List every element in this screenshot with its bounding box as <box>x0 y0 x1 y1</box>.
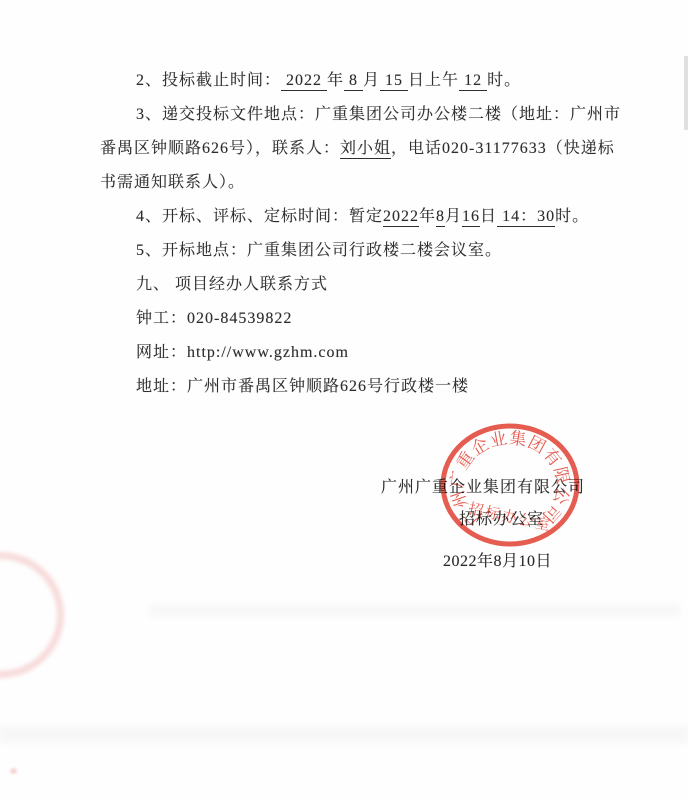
line-contact-phone: 钟工：020-84539822 <box>100 302 660 336</box>
text-segment: 网址：http://www.gzhm.com <box>136 344 349 361</box>
text-segment: 月 <box>445 208 462 225</box>
text-segment: 时。 <box>487 72 521 89</box>
underlined-time: 14：30 <box>497 208 555 227</box>
underlined-month: 8 <box>436 208 445 227</box>
line-submission-place-1: 3、递交投标文件地点：广重集团公司办公楼二楼（地址：广州市 <box>100 98 660 132</box>
text-segment: 时。 <box>555 208 589 225</box>
underlined-month: 8 <box>344 72 363 91</box>
underlined-day: 15 <box>380 72 408 91</box>
text-segment: 番禺区钟顺路626号），联系人： <box>100 140 340 157</box>
text-segment: 年 <box>327 72 344 89</box>
document-body: 2、投标截止时间： 2022 年 8 月 15 日上午 12 时。 3、递交投标… <box>100 64 660 404</box>
bleedthrough-smudge <box>0 726 688 743</box>
line-website: 网址：http://www.gzhm.com <box>100 336 660 370</box>
text-segment: 地址：广州市番禺区钟顺路626号行政楼一楼 <box>136 378 469 395</box>
text-segment: 书需通知联系人）。 <box>100 174 245 191</box>
text-segment: ，电话020-31177633（快递标 <box>391 140 615 157</box>
underlined-contact-name: 刘小姐 <box>340 140 391 159</box>
line-opening-time: 4、开标、评标、定标时间：暂定2022年8月16日 14：30时。 <box>100 200 660 234</box>
bleedthrough-smudge <box>150 604 680 617</box>
company-seal-stamp: 广州广重企业集团有限公司 招标办公室 <box>435 420 585 550</box>
underlined-year: 2022 <box>281 72 327 91</box>
line-address: 地址：广州市番禺区钟顺路626号行政楼一楼 <box>100 370 660 404</box>
underlined-year: 2022 <box>383 208 419 227</box>
scan-edge-artifact <box>684 56 688 130</box>
line-submission-place-2: 番禺区钟顺路626号），联系人：刘小姐，电话020-31177633（快递标 <box>100 132 660 166</box>
text-segment: 钟工：020-84539822 <box>136 310 292 327</box>
ghost-seal-bleedthrough <box>0 552 64 678</box>
text-segment: 年 <box>419 208 436 225</box>
seal-label-text: 招标办公室 <box>467 499 554 534</box>
text-segment: 2、投标截止时间： <box>136 72 281 89</box>
signature-date: 2022年8月10日 <box>443 548 552 571</box>
scanned-document-page: 2、投标截止时间： 2022 年 8 月 15 日上午 12 时。 3、递交投标… <box>0 0 688 800</box>
line-submission-place-3: 书需通知联系人）。 <box>100 166 660 200</box>
line-opening-place: 5、开标地点：广重集团公司行政楼二楼会议室。 <box>100 234 660 268</box>
underlined-day: 16 <box>462 208 480 227</box>
line-bid-deadline: 2、投标截止时间： 2022 年 8 月 15 日上午 12 时。 <box>100 64 660 98</box>
text-segment: 5、开标地点：广重集团公司行政楼二楼会议室。 <box>136 242 502 259</box>
text-segment: 日 <box>480 208 497 225</box>
text-segment: 4、开标、评标、定标时间：暂定 <box>136 208 383 225</box>
text-segment: 3、递交投标文件地点：广重集团公司办公楼二楼（地址：广州市 <box>136 106 621 123</box>
text-segment: 日上午 <box>408 72 459 89</box>
underlined-hour: 12 <box>459 72 487 91</box>
text-segment: 九、 项目经办人联系方式 <box>136 276 328 293</box>
text-segment: 月 <box>363 72 380 89</box>
ink-speck <box>10 768 17 774</box>
line-section-nine-heading: 九、 项目经办人联系方式 <box>100 268 660 302</box>
